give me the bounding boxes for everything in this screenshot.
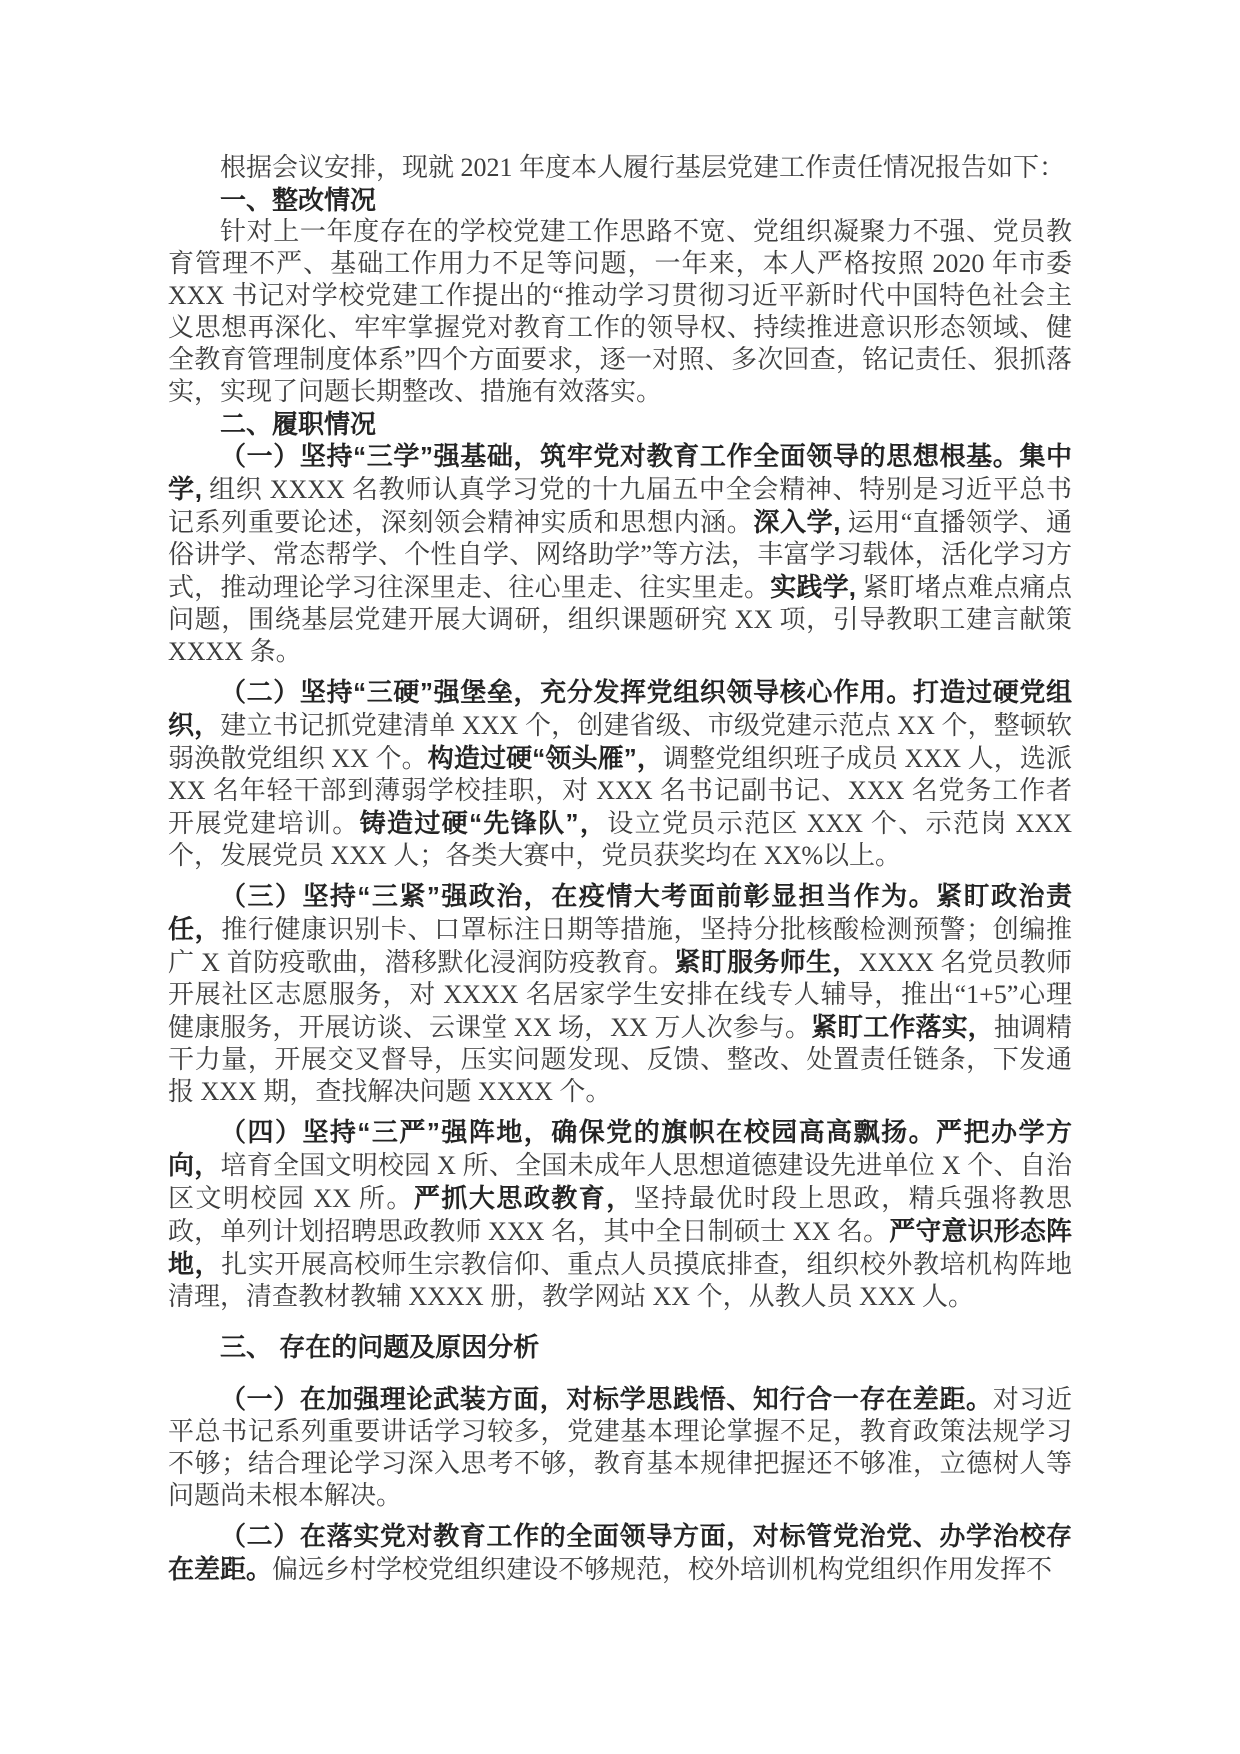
document-body: 根据会议安排，现就 2021 年度本人履行基层党建工作责任情况报告如下： 一、整… [0,0,1240,1586]
section-2-item-3-paragraph: （三）坚持“三紧”强政治，在疫情大考面前彰显担当作为。紧盯政治责任，推行健康识别… [168,880,1072,1108]
section-3-item-1-paragraph: （一）在加强理论武装方面，对标学思践悟、知行合一存在差距。对习近平总书记系列重要… [168,1383,1072,1512]
heading-text: 二、履职情况 [220,409,376,439]
text-run: 偏远乡村学校党组织建设不够规范，校外培训机构党组织作用发挥不 [272,1555,1052,1584]
section-2-item-1-paragraph: （一）坚持“三学”强基础，筑牢党对教育工作全面领导的思想根基。集中学, 组织 X… [168,440,1072,668]
heading-text: 三、 存在的问题及原因分析 [220,1332,539,1362]
heading-text: 一、整改情况 [220,185,376,215]
section-3-heading: 三、 存在的问题及原因分析 [168,1331,1072,1363]
emphasis-run: 铸造过硬“先锋队”， [360,808,608,838]
text-run: 根据会议安排，现就 2021 年度本人履行基层党建工作责任情况报告如下： [220,153,1065,182]
section-2-item-2-paragraph: （二）坚持“三硬”强堡垒，充分发挥党组织领导核心作用。打造过硬党组织，建立书记抓… [168,676,1072,872]
section-2-heading: 二、履职情况 [168,408,1072,440]
emphasis-run: 构造过硬“领头雁”， [428,743,663,773]
section-3-item-2-paragraph: （二）在落实党对教育工作的全面领导方面，对标管党治党、办学治校存在差距。偏远乡村… [168,1520,1072,1586]
document-page: 根据会议安排，现就 2021 年度本人履行基层党建工作责任情况报告如下： 一、整… [0,0,1240,1754]
emphasis-run: 紧盯工作落实， [811,1012,994,1042]
emphasis-run: 深入学, [753,507,840,537]
section-1-heading: 一、整改情况 [168,184,1072,216]
text-run: 扎实开展高校师生宗教信仰、重点人员摸底排查，组织校外教培机构阵地清理，清查教材教… [168,1250,1072,1311]
section-2-item-4-paragraph: （四）坚持“三严”强阵地，确保党的旗帜在校园高高飘扬。严把办学方向，培育全国文明… [168,1116,1072,1313]
intro-paragraph: 根据会议安排，现就 2021 年度本人履行基层党建工作责任情况报告如下： [168,152,1072,184]
text-run: 针对上一年度存在的学校党建工作思路不宽、党组织凝聚力不强、党员教育管理不严、基础… [168,217,1072,406]
emphasis-run: 紧盯服务师生， [674,947,858,977]
emphasis-run: 实践学, [770,572,856,602]
emphasis-run: （一）在加强理论武装方面，对标学思践悟、知行合一存在差距。 [220,1384,993,1414]
section-1-paragraph: 针对上一年度存在的学校党建工作思路不宽、党组织凝聚力不强、党员教育管理不严、基础… [168,216,1072,408]
emphasis-run: 严抓大思政教育， [414,1183,634,1213]
